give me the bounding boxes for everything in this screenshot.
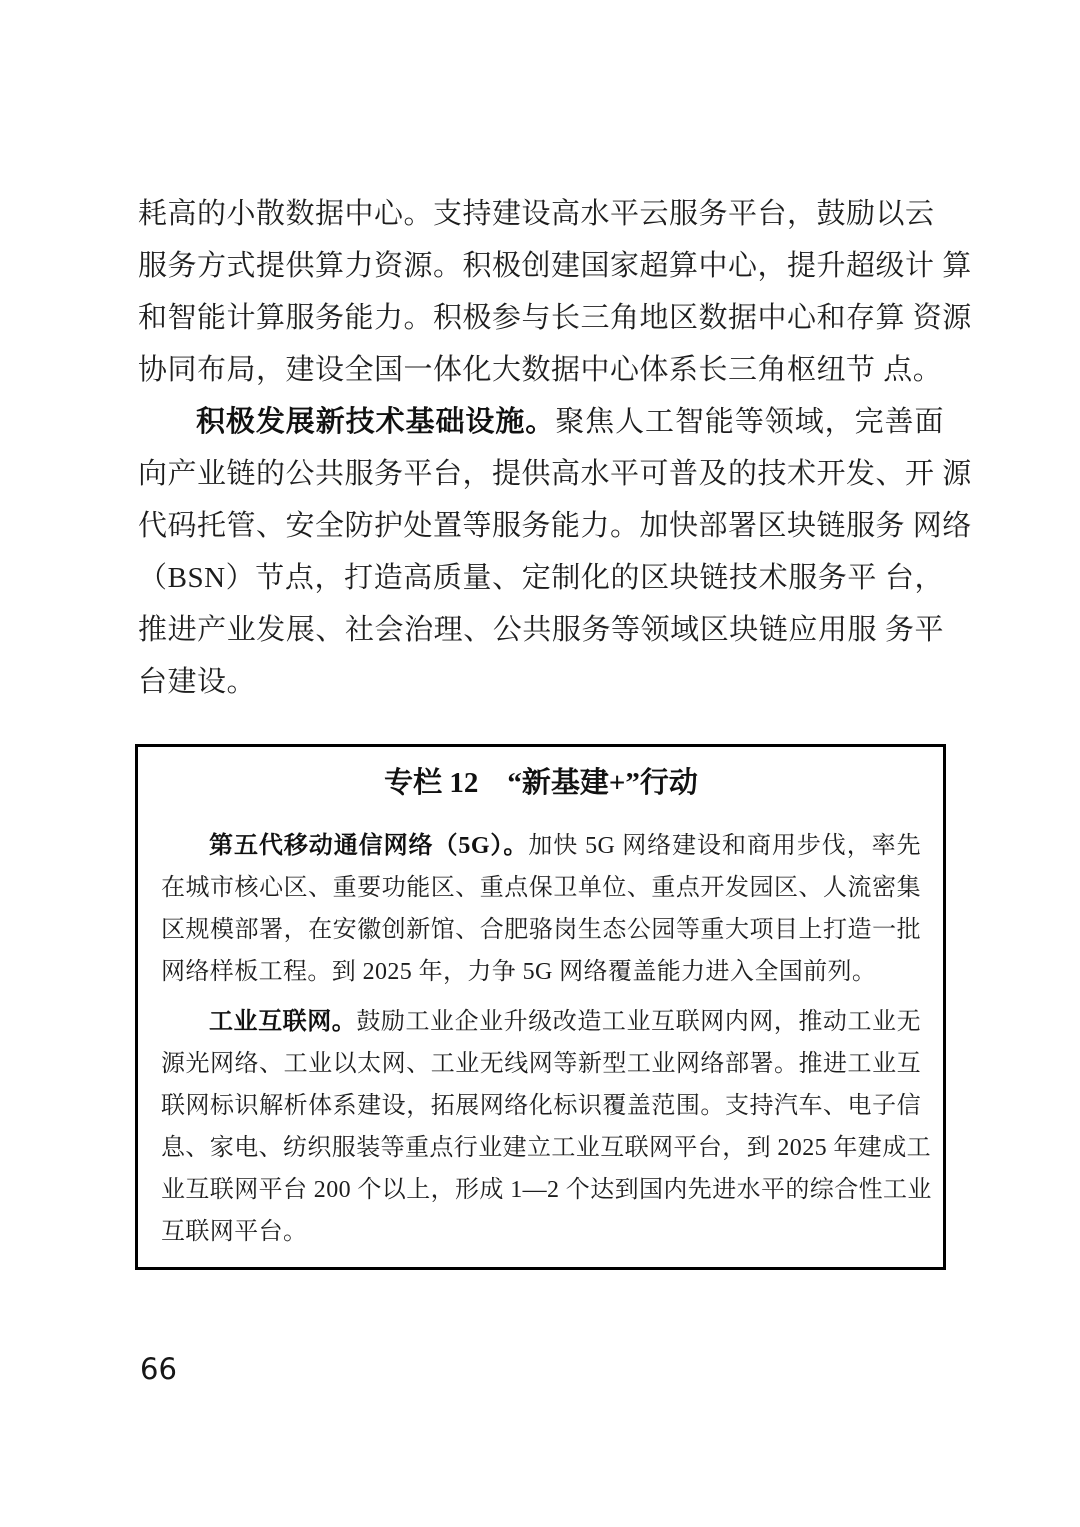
text-line: 向产业链的公共服务平台，提供高水平可普及的技术开发、开 源 bbox=[138, 448, 944, 500]
text-line: 区规模部署，在安徽创新馆、合肥骆岗生态公园等重大项目上打造一批 bbox=[161, 909, 921, 951]
text-segment: 鼓励工业企业升级改造工业互联网内网，推动工业无 bbox=[356, 1009, 921, 1035]
paragraph-lead: 积极发展新技术基础设施。 bbox=[196, 406, 555, 438]
text-line: 源光网络、工业以太网、工业无线网等新型工业网络部署。推进工业互 bbox=[161, 1043, 921, 1085]
text-segment: 聚焦人工智能等领域，完善面 bbox=[555, 406, 944, 438]
text-line: 业互联网平台 200 个以上，形成 1—2 个达到国内先进水平的综合性工业 bbox=[161, 1169, 921, 1211]
page-content: 耗高的小散数据中心。支持建设高水平云服务平台，鼓励以云 服务方式提供算力资源。积… bbox=[138, 188, 944, 1270]
column-box-title: 专栏 12 “新基建+”行动 bbox=[161, 761, 921, 805]
box-paragraph-5g: 第五代移动通信网络（5G）。加快 5G 网络建设和商用步伐，率先 在城市核心区、… bbox=[161, 825, 921, 993]
text-line: 和智能计算服务能力。积极参与长三角地区数据中心和存算 资源 bbox=[138, 292, 944, 344]
text-line: （BSN）节点，打造高质量、定制化的区块链技术服务平 台， bbox=[138, 552, 944, 604]
body-paragraph-2: 积极发展新技术基础设施。聚焦人工智能等领域，完善面 向产业链的公共服务平台，提供… bbox=[138, 396, 944, 708]
text-line: 推进产业发展、社会治理、公共服务等领域区块链应用服 务平 bbox=[138, 604, 944, 656]
text-line: 在城市核心区、重要功能区、重点保卫单位、重点开发园区、人流密集 bbox=[161, 867, 921, 909]
text-line: 服务方式提供算力资源。积极创建国家超算中心，提升超级计 算 bbox=[138, 240, 944, 292]
text-line: 台建设。 bbox=[138, 656, 944, 708]
text-line: 耗高的小散数据中心。支持建设高水平云服务平台，鼓励以云 bbox=[138, 188, 944, 240]
text-line: 息、家电、纺织服装等重点行业建立工业互联网平台，到 2025 年建成工 bbox=[161, 1127, 921, 1169]
paragraph-lead: 第五代移动通信网络（5G）。 bbox=[209, 833, 528, 859]
text-line: 代码托管、安全防护处置等服务能力。加快部署区块链服务 网络 bbox=[138, 500, 944, 552]
text-line: 工业互联网。鼓励工业企业升级改造工业互联网内网，推动工业无 bbox=[161, 1001, 921, 1043]
text-line: 协同布局，建设全国一体化大数据中心体系长三角枢纽节 点。 bbox=[138, 344, 944, 396]
box-paragraph-industrial-internet: 工业互联网。鼓励工业企业升级改造工业互联网内网，推动工业无 源光网络、工业以太网… bbox=[161, 1001, 921, 1253]
text-line: 第五代移动通信网络（5G）。加快 5G 网络建设和商用步伐，率先 bbox=[161, 825, 921, 867]
text-line: 网络样板工程。到 2025 年，力争 5G 网络覆盖能力进入全国前列。 bbox=[161, 951, 921, 993]
column-box: 专栏 12 “新基建+”行动 第五代移动通信网络（5G）。加快 5G 网络建设和… bbox=[135, 744, 946, 1270]
text-line: 互联网平台。 bbox=[161, 1211, 921, 1253]
paragraph-lead: 工业互联网。 bbox=[209, 1009, 356, 1035]
body-paragraph-1: 耗高的小散数据中心。支持建设高水平云服务平台，鼓励以云 服务方式提供算力资源。积… bbox=[138, 188, 944, 396]
document-page: 耗高的小散数据中心。支持建设高水平云服务平台，鼓励以云 服务方式提供算力资源。积… bbox=[0, 0, 1080, 1527]
text-line: 联网标识解析体系建设，拓展网络化标识覆盖范围。支持汽车、电子信 bbox=[161, 1085, 921, 1127]
text-line: 积极发展新技术基础设施。聚焦人工智能等领域，完善面 bbox=[138, 396, 944, 448]
page-number: 66 bbox=[140, 1352, 177, 1386]
text-segment: 加快 5G 网络建设和商用步伐，率先 bbox=[528, 833, 921, 859]
